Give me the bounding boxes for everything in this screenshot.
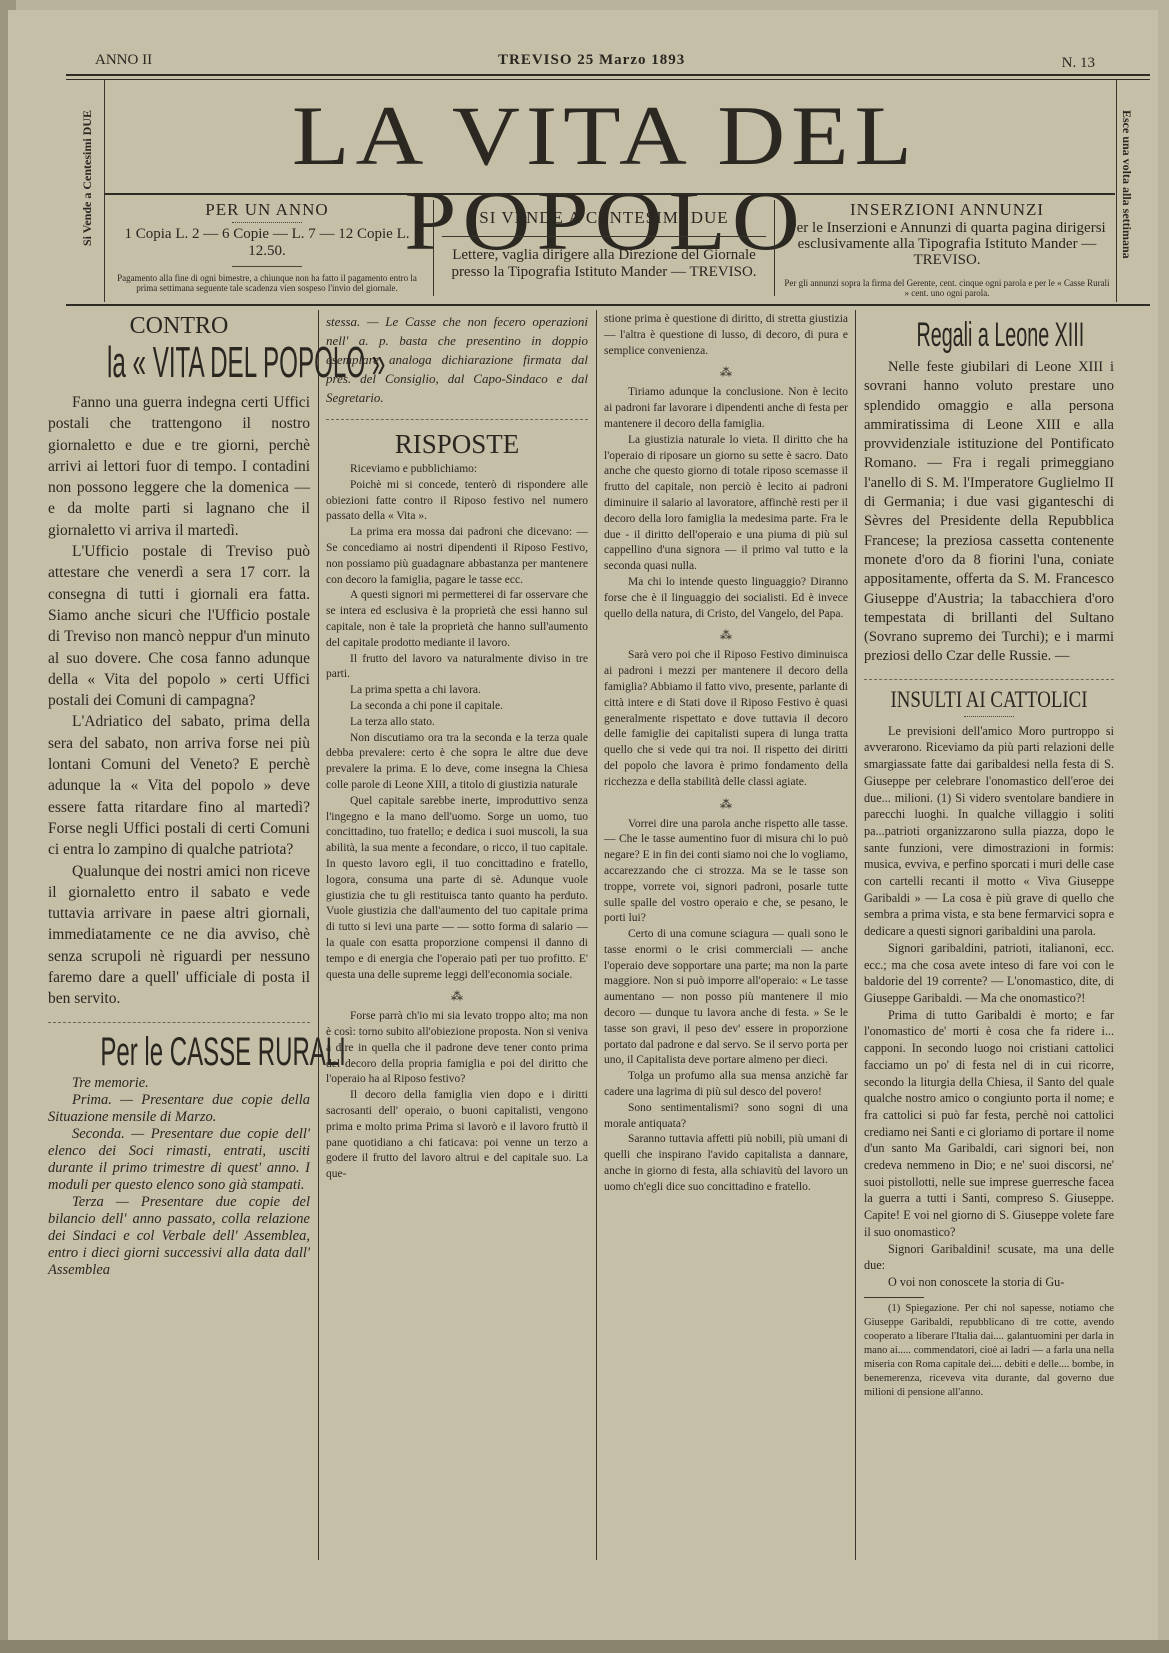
- divider: [232, 266, 302, 267]
- ads-title: INSERZIONI ANNUNZI: [782, 200, 1112, 220]
- top-rule-thin: [66, 79, 1150, 80]
- article-paragraph: O voi non conoscete la storia di Gu-: [864, 1274, 1114, 1291]
- casse-paragraph: Prima. — Presentare due copie della Situ…: [48, 1092, 310, 1126]
- wavy-divider: [48, 1014, 310, 1023]
- ornament-wave: [964, 716, 1014, 717]
- article-paragraph: Forse parrà ch'io mi sia levato troppo a…: [326, 1009, 588, 1088]
- article-paragraph: Qualunque dei nostri amici non riceve il…: [48, 861, 310, 1010]
- ads-text: Per le Inserzioni e Annunzi di quarta pa…: [782, 220, 1112, 268]
- masthead-rule: [105, 193, 1115, 195]
- casse-paragraph: Terza — Presentare due copie del bilanci…: [48, 1194, 310, 1279]
- article-paragraph: A questi signori mi permetterei di far o…: [326, 588, 588, 651]
- article-paragraph: Signori garibaldini, patrioti, italianon…: [864, 940, 1114, 1007]
- sales-title: SI VENDE A CENTESIMI DUE: [442, 208, 766, 228]
- masthead-frame-right: [1116, 80, 1117, 302]
- article-paragraph: Il decoro della famiglia vien dopo e i d…: [326, 1088, 588, 1183]
- anno-label: ANNO II: [95, 52, 152, 69]
- subscription-price: 1 Copia L. 2 — 6 Copie — L. 7 — 12 Copie…: [112, 226, 422, 260]
- article-risposte-continued: stione prima è questione di diritto, di …: [604, 312, 848, 1196]
- divider: [442, 236, 766, 237]
- article-paragraph: La prima era mossa dai padroni che dicev…: [326, 525, 588, 588]
- casse-continuation: stessa. — Le Casse che non fecero operaz…: [326, 312, 588, 407]
- issue-number: N. 13: [1062, 55, 1095, 72]
- subscription-note: Pagamento alla fine di ogni bimestre, a …: [112, 273, 422, 293]
- article-paragraph: La prima spetta a chi lavora.: [326, 683, 588, 699]
- article-title: la « VITA DEL POPOLO »: [107, 340, 251, 386]
- regali-title: Regali a Leone XIII: [917, 312, 1062, 358]
- sales-text: Lettere, vaglia dirigere alla Direzione …: [442, 247, 766, 281]
- casse-paragraph: Tre memorie.: [48, 1075, 310, 1092]
- wavy-divider: [326, 411, 588, 420]
- article-regali: Regali a Leone XIII Nelle feste giubilar…: [864, 312, 1114, 1400]
- article-paragraph: Certo di una comune sciagura — quali son…: [604, 927, 848, 1069]
- subscription-title: PER UN ANNO: [112, 200, 422, 220]
- section-stars: ⁂: [604, 365, 848, 379]
- column-divider: [318, 310, 319, 1560]
- footnote: (1) Spiegazione. Per chi nol sapesse, no…: [864, 1302, 1114, 1400]
- article-paragraph: Tolga un profumo alla sua mensa anzichè …: [604, 1069, 848, 1101]
- article-paragraph: Quel capitale sarebbe inerte, improdutti…: [326, 794, 588, 984]
- insulti-body: Le previsioni dell'amico Moro purtroppo …: [864, 723, 1114, 1291]
- article-paragraph: Vorrei dire una parola anche rispetto al…: [604, 817, 848, 928]
- side-note-left: Si Vende a Centesimi DUE: [80, 110, 94, 246]
- side-note-right: Esce una volta alla settimana: [1120, 110, 1134, 259]
- article-paragraph: Riceviamo e pubblichiamo:: [326, 462, 588, 478]
- article-paragraph: stione prima è questione di diritto, di …: [604, 312, 848, 359]
- masthead-frame-left: [104, 80, 105, 302]
- top-rule: [66, 74, 1150, 76]
- casse-rurali-title: Per le CASSE RURALI: [100, 1029, 257, 1075]
- ornament-wave: [232, 222, 302, 223]
- wavy-divider: [864, 671, 1114, 680]
- casse-paragraph: Seconda. — Presentare due copie dell' el…: [48, 1126, 310, 1194]
- ads-box: INSERZIONI ANNUNZI Per le Inserzioni e A…: [782, 200, 1112, 300]
- article-paragraph: La terza allo stato.: [326, 715, 588, 731]
- page-edge-bottom: [0, 1640, 1169, 1653]
- article-paragraph: La giustizia naturale lo vieta. Il dirit…: [604, 433, 848, 575]
- article-paragraph: Il frutto del lavoro va naturalmente div…: [326, 652, 588, 684]
- article-paragraph: Sarà vero poi che il Riposo Festivo dimi…: [604, 648, 848, 790]
- article-contro: CONTRO la « VITA DEL POPOLO » Fanno una …: [48, 312, 310, 1279]
- article-paragraph: Fanno una guerra indegna certi Uffici po…: [48, 392, 310, 541]
- column-divider: [596, 310, 597, 1560]
- footnote-rule: [864, 1297, 924, 1298]
- section-stars: ⁂: [604, 628, 848, 642]
- section-stars: ⁂: [604, 797, 848, 811]
- article-paragraph: Poichè mi si concede, tenterò di rispond…: [326, 478, 588, 525]
- risposte-title: RISPOSTE: [326, 426, 588, 462]
- sales-box: SI VENDE A CENTESIMI DUE Lettere, vaglia…: [442, 200, 766, 300]
- article-paragraph: L'Adriatico del sabato, prima della sera…: [48, 711, 310, 860]
- dateline: TREVISO 25 Marzo 1893: [498, 52, 685, 69]
- article-paragraph: Tiriamo adunque la conclusione. Non è le…: [604, 385, 848, 432]
- column-divider: [855, 310, 856, 1560]
- box-divider: [774, 200, 775, 296]
- article-paragraph: Non discutiamo ora tra la seconda e la t…: [326, 731, 588, 794]
- insulti-title: INSULTI AI CATTOLICI: [887, 686, 1092, 714]
- article-paragraph: L'Ufficio postale di Treviso può attesta…: [48, 541, 310, 711]
- article-paragraph: Nelle feste giubilari di Leone XIII i so…: [864, 358, 1114, 667]
- article-title-top: CONTRO: [48, 312, 310, 340]
- casse-rurali-body: Tre memorie. Prima. — Presentare due cop…: [48, 1075, 310, 1279]
- article-paragraph: Ma chi lo intende questo linguaggio? Dir…: [604, 575, 848, 622]
- article-paragraph: Saranno tuttavia affetti più nobili, più…: [604, 1132, 848, 1195]
- article-paragraph: Signori Garibaldini! scusate, ma una del…: [864, 1241, 1114, 1274]
- article-paragraph: Le previsioni dell'amico Moro purtroppo …: [864, 723, 1114, 940]
- article-paragraph: La seconda a chi pone il capitale.: [326, 699, 588, 715]
- article-paragraph: Prima di tutto Garibaldi è morto; e far …: [864, 1007, 1114, 1241]
- box-divider: [433, 200, 434, 296]
- subscription-box: PER UN ANNO 1 Copia L. 2 — 6 Copie — L. …: [112, 200, 422, 300]
- ads-note: Per gli annunzi sopra la firma del Geren…: [782, 278, 1112, 298]
- article-paragraph: Sono sentimentalismi? sono sogni di una …: [604, 1101, 848, 1133]
- section-stars: ⁂: [326, 989, 588, 1003]
- article-risposte: stessa. — Le Casse che non fecero operaz…: [326, 312, 588, 1183]
- header-bottom-rule: [66, 304, 1150, 306]
